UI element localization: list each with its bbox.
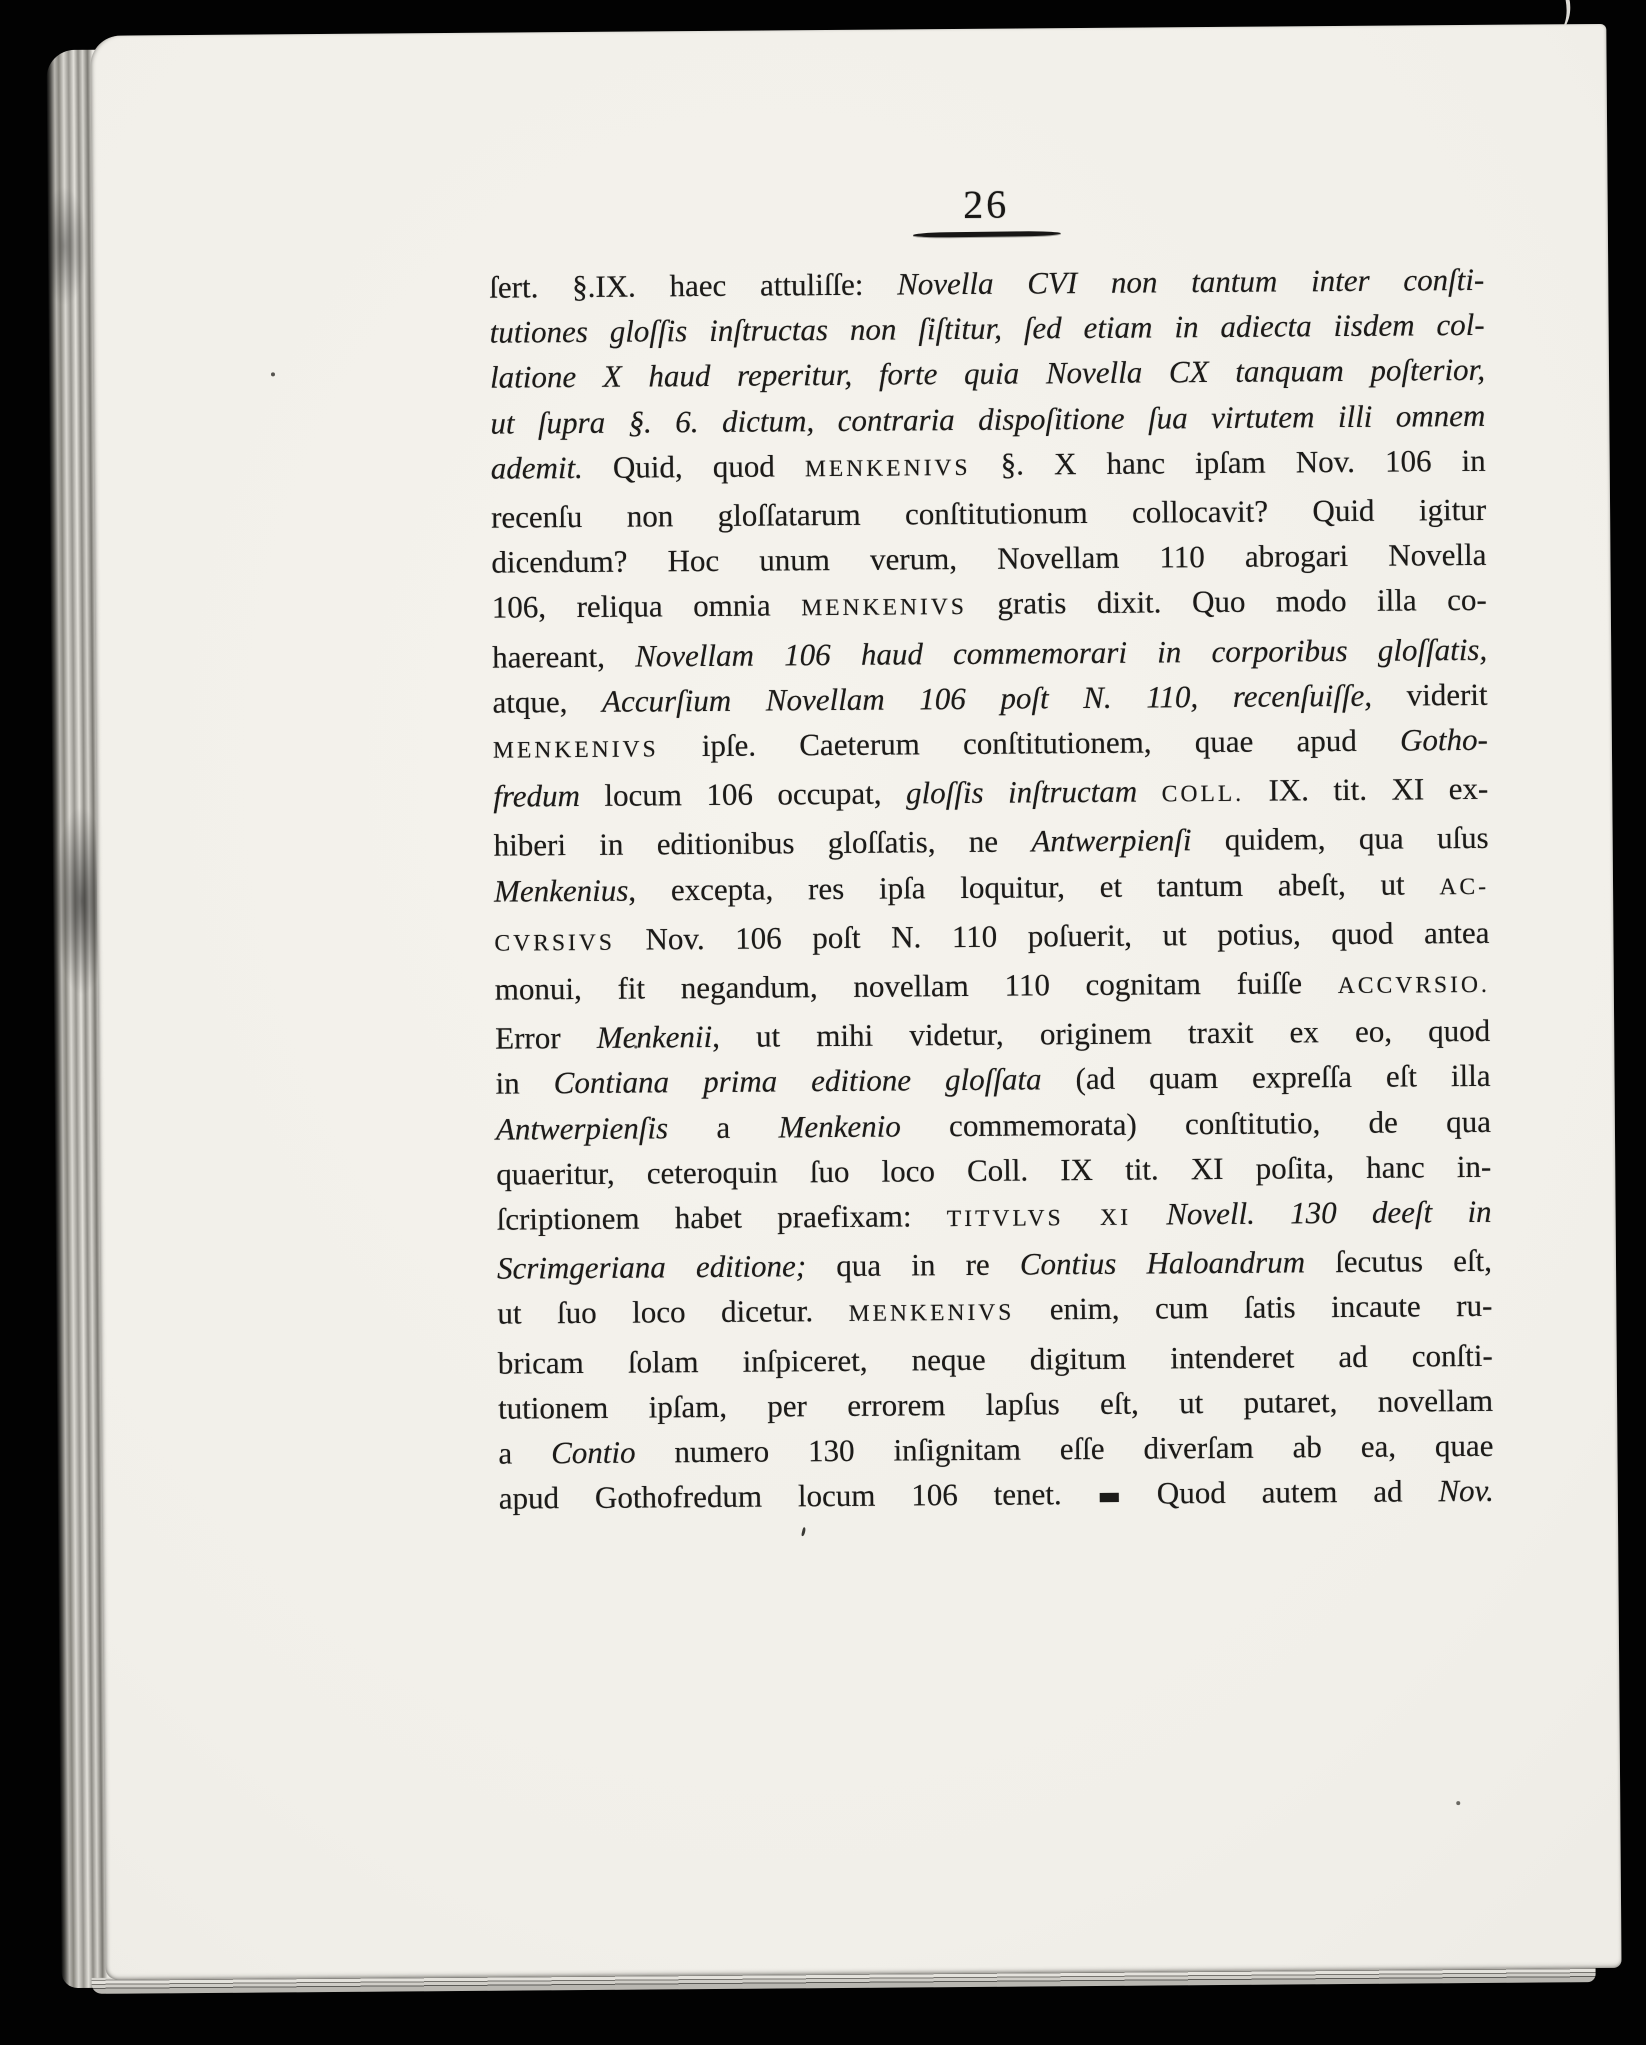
text-line: monui, fit negandum, novellam 110 cognit… [495,959,1490,1016]
text-run: Contio [551,1435,636,1471]
text-run: COLL. [1162,781,1245,808]
text-line: CVRSIVS Nov. 106 poſt N. 110 poſuerit, u… [494,910,1489,967]
scanned-book-photo: 26 ſert. §.IX. haec attuliſſe: Novella C… [0,0,1646,2045]
text-run: CVRSIVS [494,930,615,957]
text-run: ſcriptionem habet praefixam: [496,1198,946,1237]
text-run: AC- [1439,873,1489,899]
text-line: tutionem ipſam, per errorem lapſus eſt, … [498,1378,1493,1431]
text-run: locum 106 occupat, [580,776,906,814]
text-run: recenſu non gloſſatarum conſtitutionum c… [491,492,1486,535]
text-line: ut ſuo loco dicetur. MENKENIVS enim, cum… [497,1283,1492,1340]
text-line: dicendum? Hoc unum verum, Novellam 110 a… [491,532,1486,585]
text-run: ut ſuo loco dicetur. [497,1293,849,1331]
text-line: hiberi in editionibus gloſſatis, ne Antw… [494,815,1489,868]
header-rule [912,231,1060,238]
book-page: 26 ſert. §.IX. haec attuliſſe: Novella C… [90,24,1621,1980]
text-line: ſcriptionem habet praefixam: TITVLVS XI … [496,1189,1491,1246]
text-run: Contius Haloandrum [1020,1245,1305,1282]
text-line: apud Gothofredum locum 106 tenet. ▬ Quod… [499,1468,1494,1523]
text-run: ſert. §.IX. haec attuliſſe: [489,266,897,304]
text-line: tutiones gloſſis inſtructas non ſiſtitur… [489,302,1484,355]
scan-speck [801,1527,806,1536]
text-run: tutionem ipſam, per errorem lapſus eſt, … [498,1383,1493,1426]
text-run: Novella CVI non tantum inter conſti- [897,262,1484,302]
text-line: Scrimgeriana editione; qua in re Contius… [497,1238,1492,1291]
text-run: quaeritur, ceteroquin ſuo loco Coll. IX … [496,1149,1491,1192]
text-run: (ad quam expreſſa eſt illa [1041,1058,1490,1097]
scan-speck [1456,1801,1460,1805]
text-run: , excepta, res ipſa loquitur, et tantum … [628,866,1439,907]
text-line: atque, Accurſium Novellam 106 poſt N. 11… [492,672,1487,725]
text-line: ademit. Quid, quod MENKENIVS §. X hanc i… [491,438,1486,495]
text-line: Antwerpienſis a Menkenio commemorata) co… [496,1099,1491,1152]
text-run: Accurſium Novellam 106 poſt N. 110, rece… [602,678,1372,719]
text-run: Novell. 130 deeſt in [1166,1194,1492,1232]
text-run: Menkenio [778,1108,900,1144]
text-run: enim, cum ſatis incaute ru- [1014,1288,1492,1327]
text-run: fredum [493,778,580,814]
text-run: Quid, quod [583,448,805,485]
text-line: bricam ſolam inſpiceret, neque digitum i… [498,1333,1493,1386]
page-number: 26 [489,177,1484,232]
text-run: quidem, qua uſus [1191,820,1488,857]
text-run: numero 130 inſignitam eſſe diverſam ab e… [635,1428,1493,1470]
text-block: ſert. §.IX. haec attuliſſe: Novella CVI … [489,257,1494,1523]
text-run: TITVLVS XI [947,1205,1131,1232]
text-run: Scrimgeriana editione; [497,1248,806,1285]
text-line: MENKENIVS ipſe. Caeterum conſtitutionem,… [493,717,1488,774]
text-run: apud Gothofredum locum 106 tenet. [499,1476,1098,1516]
text-run: latione X haud reperitur, forte quia Nov… [490,352,1485,395]
text-run: ſecutus eſt, [1305,1243,1492,1279]
text-run: ▬ [1097,1481,1121,1510]
text-run: commemorata) conſtitutio, de qua [901,1104,1491,1144]
text-line: ſert. §.IX. haec attuliſſe: Novella CVI … [489,257,1484,310]
text-run: MENKENIVS [801,594,967,621]
text-run: Nov. 106 poſt N. 110 poſuerit, ut potius… [615,915,1490,957]
text-line: Error Menkenii, ut mihi videtur, origine… [495,1008,1490,1061]
text-line: quaeritur, ceteroquin ſuo loco Coll. IX … [496,1144,1491,1197]
text-line: latione X haud reperitur, forte quia Nov… [490,347,1485,400]
text-run: MENKENIVS [493,736,659,763]
text-run: hiberi in editionibus gloſſatis, ne [494,824,1032,863]
text-run: Contiana prima editione gloſſata [554,1062,1042,1101]
text-run: bricam ſolam inſpiceret, neque digitum i… [498,1338,1493,1381]
text-run: haereant, [492,638,635,674]
text-run: a [498,1435,551,1470]
text-run: qua in re [806,1247,1020,1284]
text-run: Gotho- [1400,722,1488,758]
text-run: §. X hanc ipſam Nov. 106 in [970,443,1485,482]
text-run: ademit. [491,450,583,486]
text-run: ACCVRSIO. [1338,972,1490,999]
text-run: MENKENIVS [805,455,971,482]
text-run: Menkenii [597,1019,713,1055]
text-run: IX. tit. XI ex- [1244,771,1489,808]
text-run [1131,1196,1167,1231]
text-run: atque, [492,684,602,720]
text-run: in [495,1066,553,1101]
text-run: dicendum? Hoc unum verum, Novellam 110 a… [491,537,1486,580]
text-line: a Contio numero 130 inſignitam eſſe dive… [498,1423,1493,1476]
scan-speck [271,372,275,376]
edge-smudge [48,186,89,306]
text-line: haereant, Novellam 106 haud commemorari … [492,626,1487,679]
text-run: Menkenius [494,872,629,908]
text-run: Error [495,1020,597,1056]
text-run: Antwerpienſis [496,1110,668,1146]
text-line: in Contiana prima editione gloſſata (ad … [495,1053,1490,1106]
text-run: ut ſupra §. 6. dictum, contraria dispoſi… [490,397,1485,440]
folio-header: 26 [489,177,1484,241]
text-run: MENKENIVS [849,1300,1015,1327]
text-line: Menkenius, excepta, res ipſa loquitur, e… [494,860,1489,917]
open-book: 26 ſert. §.IX. haec attuliſſe: Novella C… [46,24,1621,1996]
text-run: a [668,1109,779,1145]
text-run: Novellam 106 haud commemorari in corpori… [635,631,1487,673]
text-run: , ut mihi videtur, originem traxit ex eo… [712,1013,1490,1054]
text-line: ut ſupra §. 6. dictum, contraria dispoſi… [490,392,1485,445]
text-run: Nov. [1438,1473,1494,1508]
text-run: gloſſis inſtructam [906,774,1162,811]
scan-speck [634,1046,637,1049]
text-run: Quod autem ad [1121,1474,1439,1511]
text-line: recenſu non gloſſatarum conſtitutionum c… [491,487,1486,540]
text-line: fredum locum 106 occupat, gloſſis inſtru… [493,766,1488,823]
text-run: Antwerpienſi [1031,823,1191,859]
text-run: viderit [1372,677,1488,713]
text-run: tutiones gloſſis inſtructas non ſiſtitur… [490,307,1485,350]
text-run: gratis dixit. Quo modo illa co- [967,582,1487,621]
text-run: monui, fit negandum, novellam 110 cognit… [495,965,1338,1007]
text-run: 106, reliqua omnia [492,588,802,625]
text-line: 106, reliqua omnia MENKENIVS gratis dixi… [492,577,1487,634]
text-run: ipſe. Caeterum conſtitutionem, quae apud [658,723,1400,764]
